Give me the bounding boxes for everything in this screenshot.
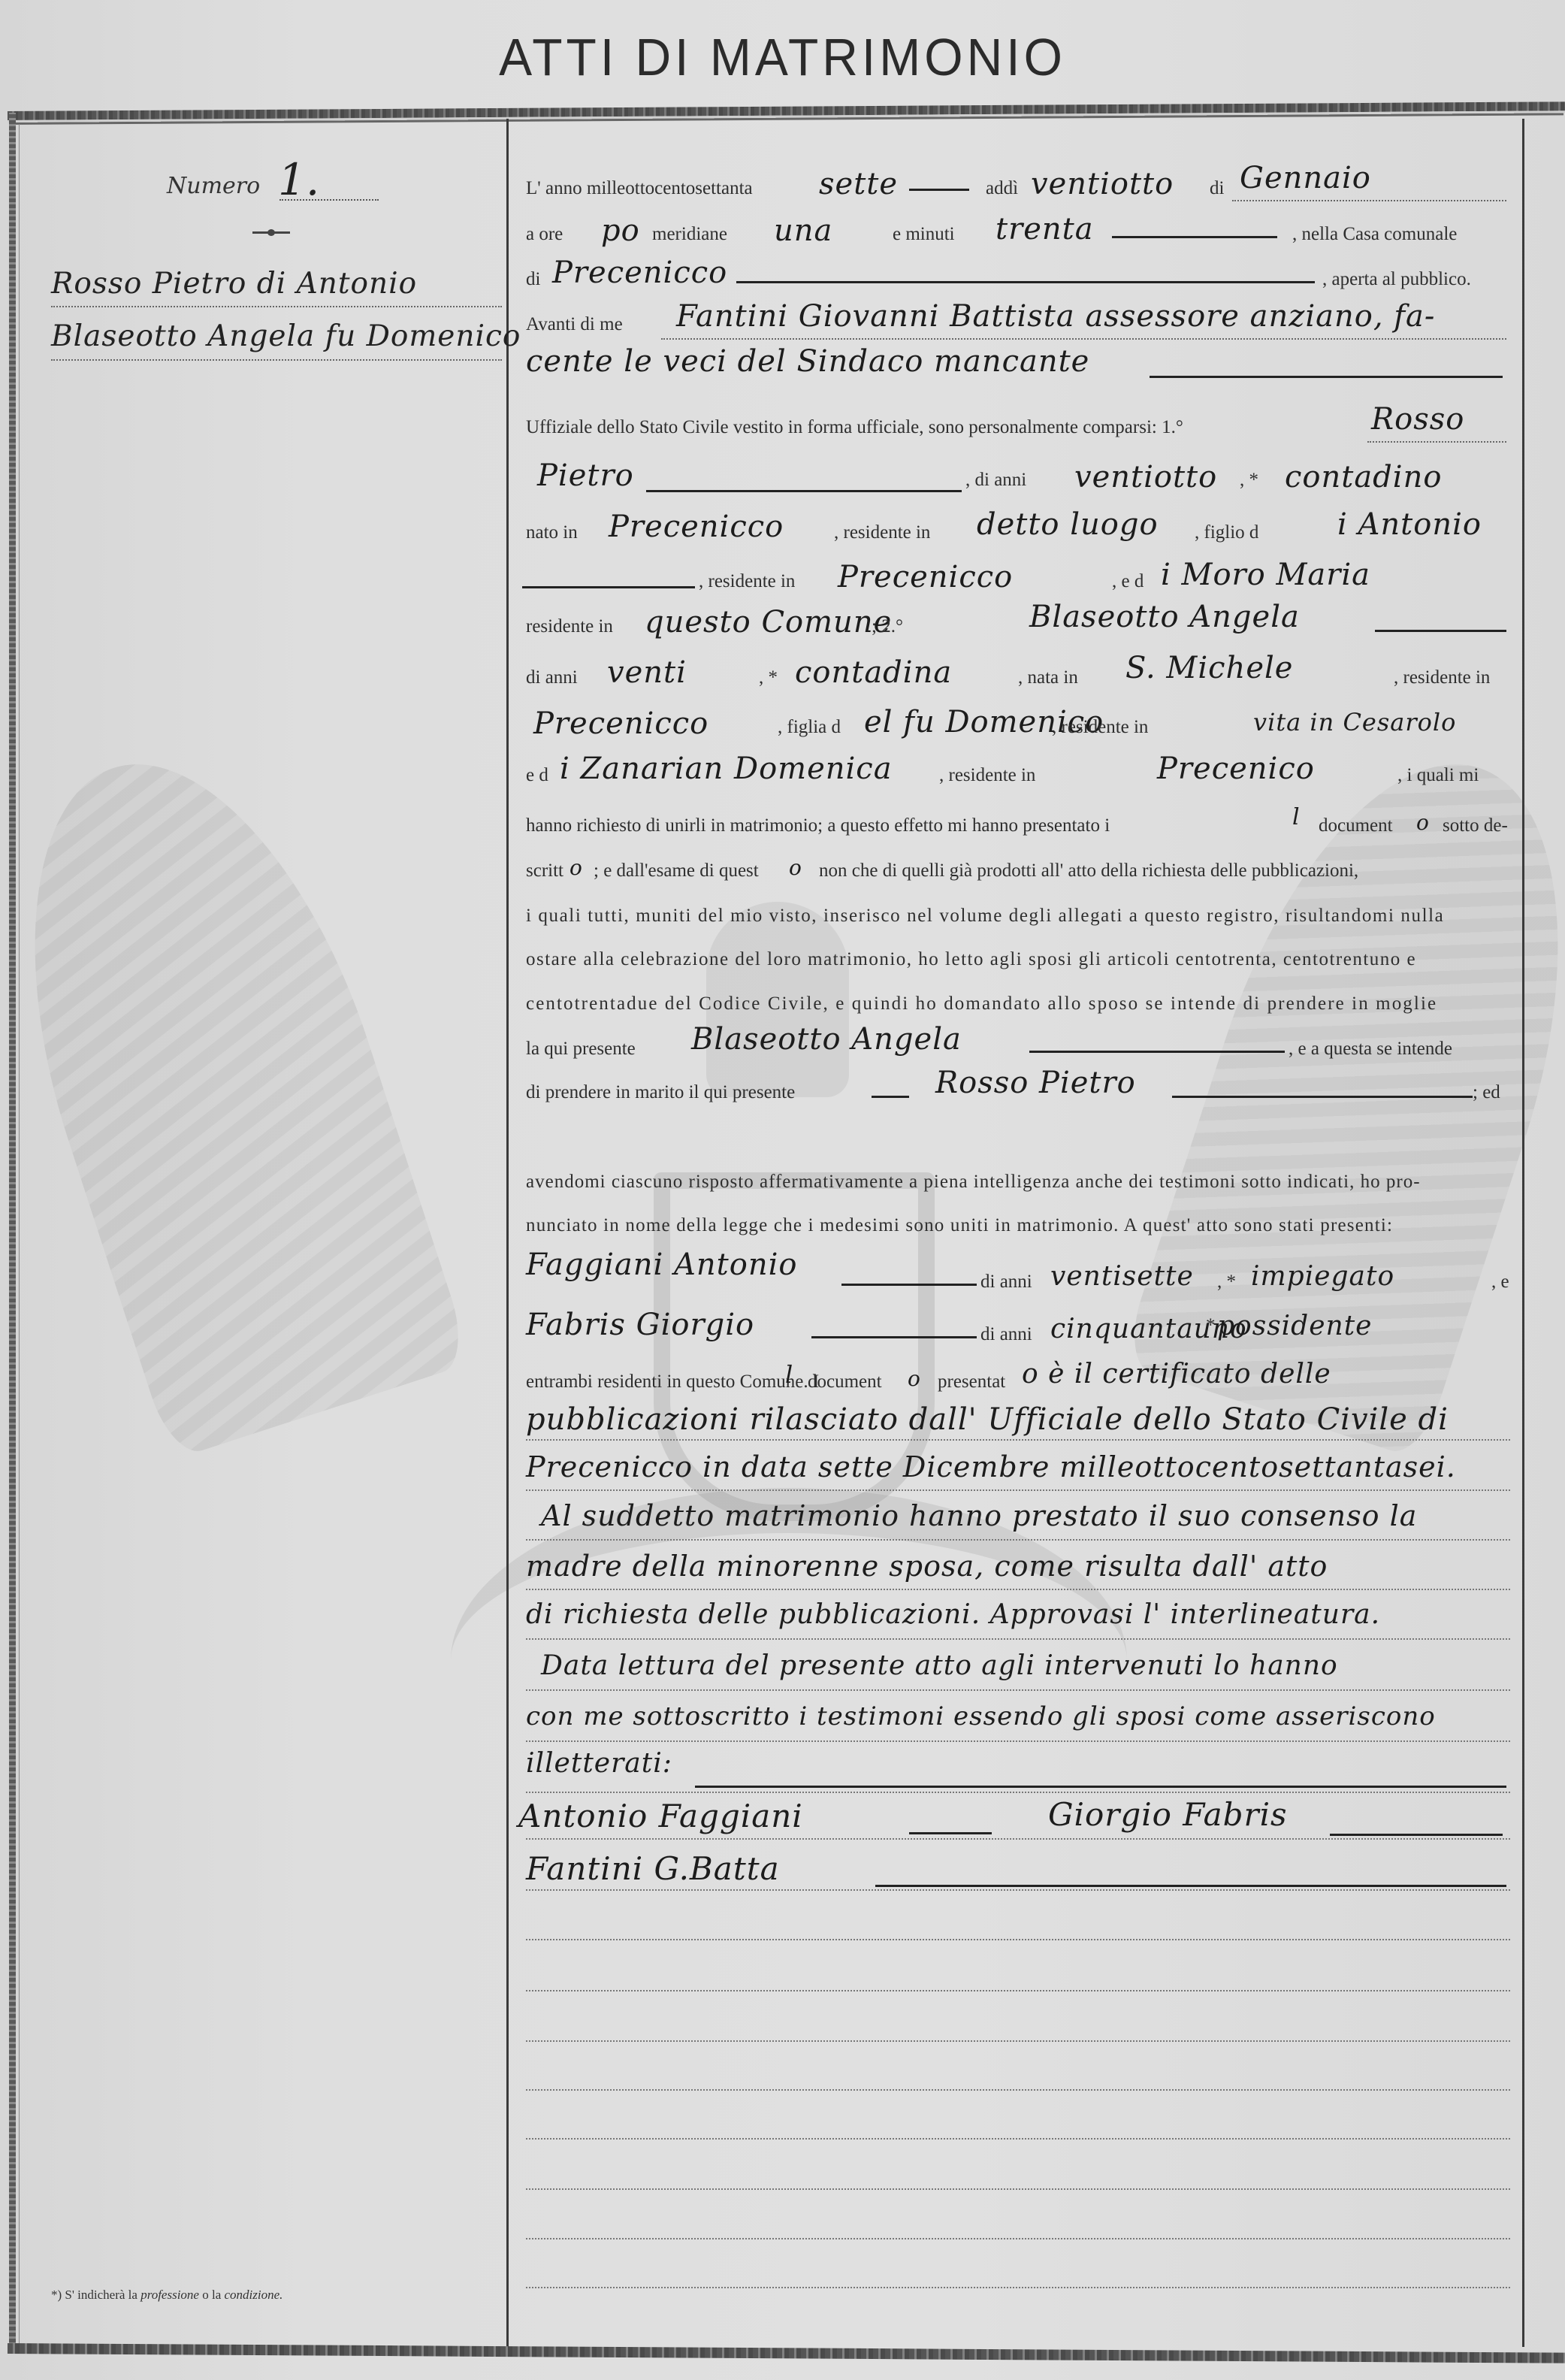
fill-dotted-line	[661, 338, 1506, 340]
handwritten-paragraph-line: pubblicazioni rilasciato dall' Ufficiale…	[526, 1402, 1449, 1437]
handwritten-paragraph-line: Al suddetto matrimonio hanno prestato il…	[541, 1499, 1417, 1532]
ruled-dotted-line	[526, 1689, 1510, 1691]
ruled-dotted-line	[526, 2238, 1510, 2239]
footnote-italic: professione	[140, 2288, 199, 2302]
fill-dash	[875, 1885, 1506, 1887]
handwritten-witness1: Faggiani Antonio	[526, 1247, 797, 1282]
ruled-dotted-line	[526, 1792, 1510, 1793]
printed-text: sotto de-	[1443, 815, 1508, 836]
ruled-dotted-line	[526, 1990, 1510, 1991]
printed-text: entrambi residenti in questo Comune. I	[526, 1371, 819, 1393]
printed-text: nunciato in nome della legge che i medes…	[526, 1215, 1393, 1236]
handwritten-groom-surname: Rosso	[1371, 402, 1464, 437]
printed-text: e d	[526, 765, 548, 786]
printed-text: di	[1210, 178, 1224, 199]
handwritten-doc-o: o	[1416, 810, 1430, 835]
ruled-dotted-line	[526, 1838, 1510, 1840]
page-title: ATTI DI MATRIMONIO	[0, 27, 1565, 87]
footnote-text: *) S' indicherà la	[51, 2288, 140, 2302]
ruled-dotted-line	[526, 2138, 1510, 2140]
frame-left-inner-rule	[19, 124, 20, 2345]
fill-dash	[1172, 1096, 1473, 1098]
fill-dash	[1330, 1834, 1503, 1836]
printed-text: , di anni	[965, 470, 1026, 491]
handwritten-mother-residence: questo Comune	[645, 605, 892, 640]
printed-text: ; e dall'esame di quest	[594, 860, 759, 882]
signature-witness2: Giorgio Fabris	[1048, 1796, 1288, 1833]
handwritten-father-residence: Precenicco	[838, 560, 1013, 594]
fill-dash	[736, 281, 1315, 283]
fill-dotted-line	[1367, 441, 1506, 443]
ruled-dotted-line	[526, 1589, 1510, 1590]
handwritten-bride-age: venti	[607, 655, 687, 690]
printed-text: a ore	[526, 224, 563, 245]
ruled-dotted-line	[526, 1638, 1510, 1640]
printed-text: di prendere in marito il qui presente	[526, 1082, 795, 1103]
printed-text: residente in	[526, 616, 613, 637]
handwritten-bride: Blaseotto Angela	[1029, 600, 1300, 634]
printed-text: meridiane	[652, 224, 727, 245]
printed-text: , i quali mi	[1397, 765, 1479, 786]
fill-dash	[646, 490, 962, 492]
fill-dash	[1375, 630, 1506, 632]
printed-text: ; 2.°	[872, 616, 903, 637]
handwritten-groom-job: contadino	[1285, 460, 1442, 494]
fill-dash	[1112, 236, 1277, 238]
handwritten-doc-i: l	[1292, 804, 1301, 830]
handwritten-witness2: Fabris Giorgio	[526, 1308, 754, 1342]
fill-dash	[841, 1284, 977, 1286]
printed-text: hanno richiesto di unirli in matrimonio;…	[526, 815, 1110, 836]
handwritten-paragraph-line: Data lettura del presente atto agli inte…	[541, 1650, 1338, 1681]
handwritten-doc-quest: o	[789, 855, 802, 880]
margin-dotted-line	[51, 306, 502, 307]
printed-text: di anni	[526, 667, 578, 688]
right-frame-rule	[1522, 119, 1524, 2347]
printed-text: , residente in	[699, 571, 795, 592]
printed-text: di	[526, 269, 540, 290]
column-divider	[506, 119, 509, 2347]
ruled-dotted-line	[526, 1489, 1510, 1491]
bride-margin-entry: Blaseotto Angela fu Domenico	[51, 319, 521, 353]
handwritten-doc-presentato: o è il certificato delle	[1022, 1359, 1331, 1390]
handwritten-groom-birthplace: Precenicco	[609, 510, 784, 544]
printed-text: ostare alla celebrazione del loro matrim…	[526, 949, 1416, 970]
ruled-dotted-line	[526, 1740, 1510, 1742]
printed-text: , e d	[1112, 571, 1144, 592]
handwritten-bride-job: contadina	[795, 655, 952, 690]
handwritten-groom-age: ventiotto	[1074, 460, 1217, 494]
ruled-dotted-line	[526, 1539, 1510, 1541]
handwritten-hour-ap: po	[601, 213, 640, 248]
printed-text: , figlia d	[778, 717, 841, 738]
ruled-dotted-line	[526, 1889, 1510, 1891]
printed-text: avendomi ciascuno risposto affermativame…	[526, 1172, 1421, 1193]
printed-text: la qui presente	[526, 1039, 636, 1060]
handwritten-bride-residence: Precenicco	[533, 706, 708, 741]
handwritten-place: Precenicco	[552, 256, 727, 290]
printed-text: document	[808, 1371, 882, 1393]
printed-text: centotrentadue del Codice Civile, e quin…	[526, 993, 1437, 1015]
printed-text: , residente in	[1052, 717, 1148, 738]
printed-text: L' anno milleottocentosettanta	[526, 178, 753, 199]
handwritten-paragraph-line: illetterati:	[526, 1748, 672, 1779]
ruled-dotted-line	[526, 2287, 1510, 2288]
footnote: *) S' indicherà la professione o la cond…	[51, 2288, 282, 2303]
handwritten-officer: Fantini Giovanni Battista assessore anzi…	[676, 299, 1435, 334]
ruled-dotted-line	[526, 2188, 1510, 2190]
numero-dotted-line	[279, 199, 379, 201]
handwritten-bride-mother: i Zanarian Domenica	[560, 751, 893, 786]
printed-text: , *	[759, 667, 778, 688]
frame-left-border	[9, 113, 16, 2348]
printed-text: addì	[986, 178, 1018, 199]
fill-dash	[909, 189, 969, 191]
handwritten-witness1-age: ventisette	[1050, 1261, 1194, 1292]
handwritten-bride-father-res: vita in Cesarolo	[1253, 708, 1456, 736]
handwritten-groom-name: Pietro	[537, 458, 634, 493]
handwritten-witness2-job: possidente	[1217, 1311, 1373, 1341]
printed-text: , nella Casa comunale	[1292, 224, 1457, 245]
signature-officer: Fantini G.Batta	[526, 1850, 780, 1887]
ruled-dotted-line	[526, 1939, 1510, 1940]
margin-dotted-line	[51, 359, 502, 361]
printed-text: *	[1206, 1315, 1216, 1336]
printed-text: , nata in	[1018, 667, 1078, 688]
ruled-dotted-line	[526, 2089, 1510, 2091]
signature-witness1: Antonio Faggiani	[518, 1798, 803, 1834]
printed-text: , *	[1217, 1272, 1236, 1293]
handwritten-bride-birthplace: S. Michele	[1125, 651, 1293, 685]
printed-text: ; ed	[1473, 1082, 1500, 1103]
handwritten-groom-residence: detto luogo	[977, 507, 1159, 542]
printed-text: i quali tutti, muniti del mio visto, ins…	[526, 906, 1444, 927]
fill-dash	[695, 1786, 1506, 1788]
fill-dash	[1150, 376, 1503, 378]
printed-text: e minuti	[893, 224, 955, 245]
fill-dash	[909, 1832, 992, 1834]
fill-dash	[872, 1096, 909, 1098]
printed-text: , *	[1240, 470, 1258, 491]
printed-text: di anni	[980, 1324, 1032, 1345]
handwritten-doc-scritt: o	[570, 855, 583, 880]
fill-dash	[522, 586, 695, 588]
numero-value: 1.	[278, 154, 319, 205]
handwritten-groom-father: i Antonio	[1337, 507, 1482, 542]
handwritten-minutes: trenta	[995, 212, 1094, 246]
numero-label: Numero	[167, 173, 260, 199]
ornament-divider-icon	[252, 231, 290, 234]
printed-text: , residente in	[939, 765, 1035, 786]
fill-dash	[1029, 1051, 1285, 1053]
printed-text: non che di quelli già prodotti all' atto…	[819, 860, 1358, 882]
fill-dash	[811, 1336, 977, 1338]
printed-text: Uffiziale dello Stato Civile vestito in …	[526, 417, 1183, 438]
handwritten-day: ventiotto	[1031, 167, 1174, 201]
groom-margin-entry: Rosso Pietro di Antonio	[51, 267, 417, 301]
printed-text: document	[1319, 815, 1393, 836]
handwritten-groom-mother: i Moro Maria	[1161, 558, 1370, 592]
handwritten-spouse-bride: Blaseotto Angela	[691, 1022, 962, 1057]
handwritten-hour: una	[774, 213, 832, 248]
handwritten-bride-mother-res: Precenico	[1157, 751, 1315, 786]
handwritten-officer-cont: cente le veci del Sindaco mancante	[526, 344, 1089, 379]
handwritten-paragraph-line: di richiesta delle pubblicazioni. Approv…	[526, 1599, 1380, 1630]
printed-text: nato in	[526, 522, 578, 543]
footnote-italic: condizione.	[225, 2288, 283, 2302]
ruled-dotted-line	[526, 2040, 1510, 2042]
printed-text: , e a questa se intende	[1289, 1039, 1452, 1060]
handwritten-doc-l: l	[785, 1360, 793, 1389]
handwritten-paragraph-line: con me sottoscritto i testimoni essendo …	[526, 1701, 1436, 1731]
printed-text: di anni	[980, 1272, 1032, 1293]
printed-text: , residente in	[834, 522, 930, 543]
printed-text: , e	[1491, 1272, 1509, 1293]
printed-text: , residente in	[1394, 667, 1490, 688]
handwritten-spouse-groom: Rosso Pietro	[935, 1066, 1136, 1100]
handwritten-witness1-job: impiegato	[1251, 1261, 1394, 1292]
ruled-dotted-line	[526, 1439, 1510, 1441]
printed-text: scritt	[526, 860, 563, 882]
printed-text: Avanti di me	[526, 314, 623, 335]
handwritten-paragraph-line: Precenicco in data sette Dicembre milleo…	[526, 1450, 1456, 1483]
footnote-text: o la	[199, 2288, 225, 2302]
fill-dotted-line	[1232, 200, 1506, 201]
printed-text: , aperta al pubblico.	[1322, 269, 1471, 290]
printed-text: , figlio d	[1195, 522, 1258, 543]
handwritten-paragraph-line: madre della minorenne sposa, come risult…	[526, 1550, 1328, 1583]
handwritten-year: sette	[819, 167, 898, 201]
handwritten-month: Gennaio	[1240, 161, 1371, 195]
printed-text: presentat	[938, 1371, 1005, 1393]
handwritten-doc-o2: o	[908, 1366, 921, 1391]
